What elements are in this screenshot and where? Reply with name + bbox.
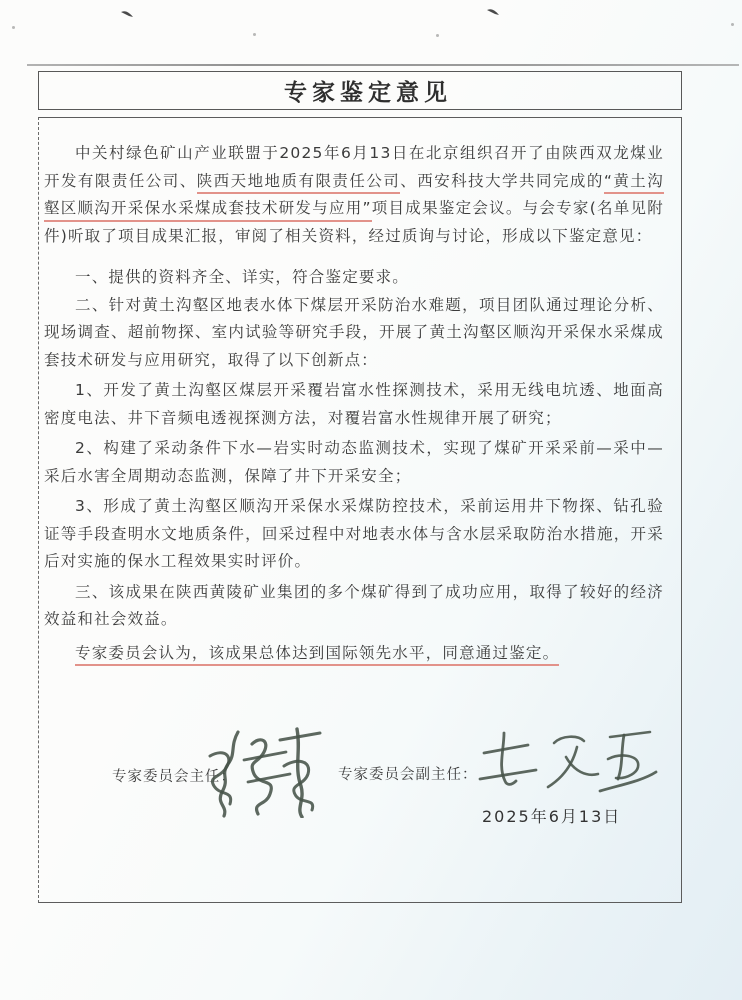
intro-text-mid: 、西安科技大学共同完成的 — [400, 172, 604, 190]
item-three: 三、该成果在陕西黄陵矿业集团的多个煤矿得到了成功应用，取得了较好的经济效益和社会… — [44, 579, 664, 634]
scan-artifact-line — [27, 64, 739, 66]
scanned-document-page: 专家鉴定意见 中关村绿色矿山产业联盟于2025年6月13日在北京组织召开了由陕西… — [0, 0, 742, 1000]
innovation-point-2: 2、构建了采动条件下水—岩实时动态监测技术，实现了煤矿开采采前—采中—采后水害全… — [44, 435, 664, 490]
vice-chairman-signature — [478, 727, 658, 805]
scan-artifact-speck — [12, 26, 15, 29]
conclusion-paragraph: 专家委员会认为，该成果总体达到国际领先水平，同意通过鉴定。 — [44, 640, 664, 668]
underlined-company-name: 陕西天地地质有限责任公司 — [197, 172, 401, 195]
scan-artifact-speck — [731, 23, 734, 26]
intro-paragraph: 中关村绿色矿山产业联盟于2025年6月13日在北京组织召开了由陕西双龙煤业开发有… — [44, 140, 664, 250]
item-one: 一、提供的资料齐全、详实，符合鉴定要求。 — [44, 264, 664, 292]
scan-artifact-speck — [436, 34, 439, 37]
chairman-signature — [200, 726, 326, 818]
document-date: 2025年6月13日 — [482, 804, 621, 827]
page-title: 专家鉴定意见 — [284, 74, 452, 107]
vice-chairman-label: 专家委员会副主任： — [338, 763, 478, 784]
underlined-conclusion: 专家委员会认为，该成果总体达到国际领先水平，同意通过鉴定。 — [75, 644, 559, 667]
innovation-point-1: 1、开发了黄土沟壑区煤层开采覆岩富水性探测技术，采用无线电坑透、地面高密度电法、… — [44, 377, 664, 432]
item-two: 二、针对黄土沟壑区地表水体下煤层开采防治水难题，项目团队通过理论分析、现场调查、… — [44, 292, 664, 375]
scan-artifact-speck — [253, 33, 256, 36]
scan-artifact-tick — [486, 7, 501, 17]
title-box: 专家鉴定意见 — [38, 71, 682, 110]
document-body: 中关村绿色矿山产业联盟于2025年6月13日在北京组织召开了由陕西双龙煤业开发有… — [44, 140, 664, 667]
scan-artifact-tick — [120, 9, 135, 19]
innovation-point-3: 3、形成了黄土沟壑区顺沟开采保水采煤防控技术，采前运用井下物探、钻孔验证等手段查… — [44, 493, 664, 576]
